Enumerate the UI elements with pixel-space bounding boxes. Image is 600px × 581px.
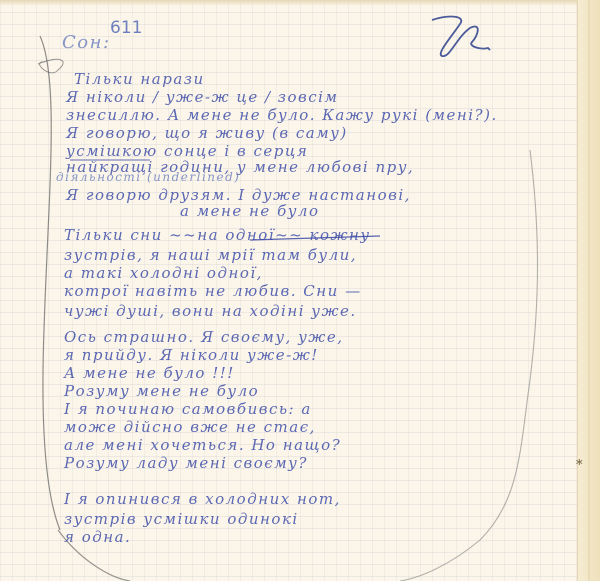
text-line: а такі холодні одної, bbox=[64, 264, 263, 282]
text-line: може дійсно вже не стає, bbox=[64, 418, 316, 436]
page-number: 611 bbox=[110, 18, 142, 38]
text-line: зустрів, я наші мрії там були, bbox=[64, 246, 357, 264]
text-line: котрої навіть не любив. Сни — bbox=[64, 282, 362, 300]
text-line: знесиллю. А мене не було. Кажу рукі (мен… bbox=[66, 106, 498, 124]
text-line: чужі душі, вони на ходіні уже. bbox=[64, 302, 357, 320]
dream-heading: Сон: bbox=[62, 32, 111, 53]
text-line: але мені хочеться. Но нащо? bbox=[64, 436, 341, 454]
text-line: І я опинився в холодних нот, bbox=[64, 490, 341, 508]
text-line: Ось страшно. Я своєму, уже, bbox=[64, 328, 343, 346]
text-line: а мене не було bbox=[180, 202, 320, 220]
text-line: зустрів усмішки одинокі bbox=[64, 510, 299, 528]
text-line: Я ніколи / уже-ж це / зовсім bbox=[66, 88, 338, 106]
text-line: А мене не було !!! bbox=[64, 364, 235, 382]
text-line: Розуму ладу мені своєму? bbox=[64, 454, 308, 472]
text-line: І я починаю самовбивсь: а bbox=[64, 400, 312, 418]
text-line: Я говорю, що я живу (в саму) bbox=[66, 124, 348, 142]
notebook-page: 611 Сон: Тільки нарази Я ніколи / уже-ж … bbox=[0, 0, 600, 581]
page-corner-mark-icon bbox=[430, 14, 510, 64]
text-line: я прийду. Я ніколи уже-ж! bbox=[64, 346, 319, 364]
text-line: я одна. bbox=[64, 528, 131, 546]
margin-asterisk-icon: * bbox=[576, 458, 583, 473]
text-line: Розуму мене не було bbox=[64, 382, 259, 400]
text-line: Тільки нарази bbox=[74, 70, 205, 88]
text-line: Тільки сни ~~на одної~~ кожну bbox=[64, 226, 371, 244]
text-line: діяльності (underlined) bbox=[56, 170, 240, 184]
